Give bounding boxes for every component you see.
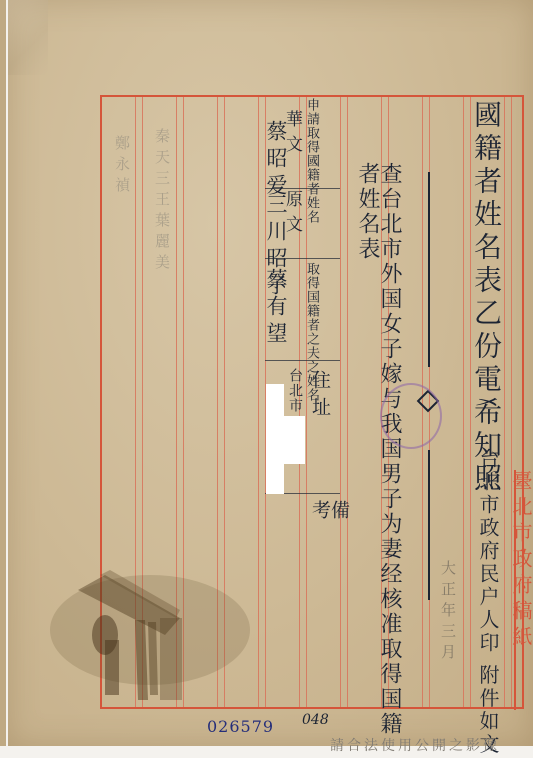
official-seal — [380, 383, 442, 449]
archive-watermark-icon — [0, 560, 250, 700]
document-title: 國籍者姓名表乙份電希知照 — [472, 100, 500, 496]
redaction-block — [284, 416, 305, 464]
usage-notice: 請合法使用公開之影像 — [330, 735, 500, 755]
page-number: 048 — [302, 712, 329, 728]
rule-line — [463, 97, 464, 707]
husband-name: 蔡有望 — [265, 268, 286, 349]
sender-line: 台北市政府民户人印 附件如文 — [478, 448, 498, 756]
bracket-mark — [428, 450, 430, 600]
office-banner: 臺北市政府稿紙 — [514, 470, 533, 710]
header-applicant: 申請取得國籍者姓名 — [305, 98, 318, 224]
pencil-note: 秦天三王葉麗美 — [152, 128, 173, 275]
pencil-note: 鄭永禎 — [112, 135, 133, 198]
corner-fold — [8, 0, 48, 75]
serial-number: 026579 — [207, 717, 274, 736]
cell-divider — [265, 360, 340, 361]
subject-line: 查台北市外国女子嫁与我国男子为妻经核准取得国籍者姓名表 — [356, 162, 400, 758]
rule-line — [258, 97, 259, 707]
chinese-name: 蔡昭爱 — [265, 120, 286, 201]
address-value: 台北市 — [288, 368, 302, 413]
header-address: 住址 — [310, 370, 329, 424]
bracket-mark — [428, 172, 430, 367]
pencil-date-note: 大正年三月 — [438, 560, 459, 665]
redaction-block — [266, 384, 284, 494]
rule-line — [504, 97, 505, 707]
